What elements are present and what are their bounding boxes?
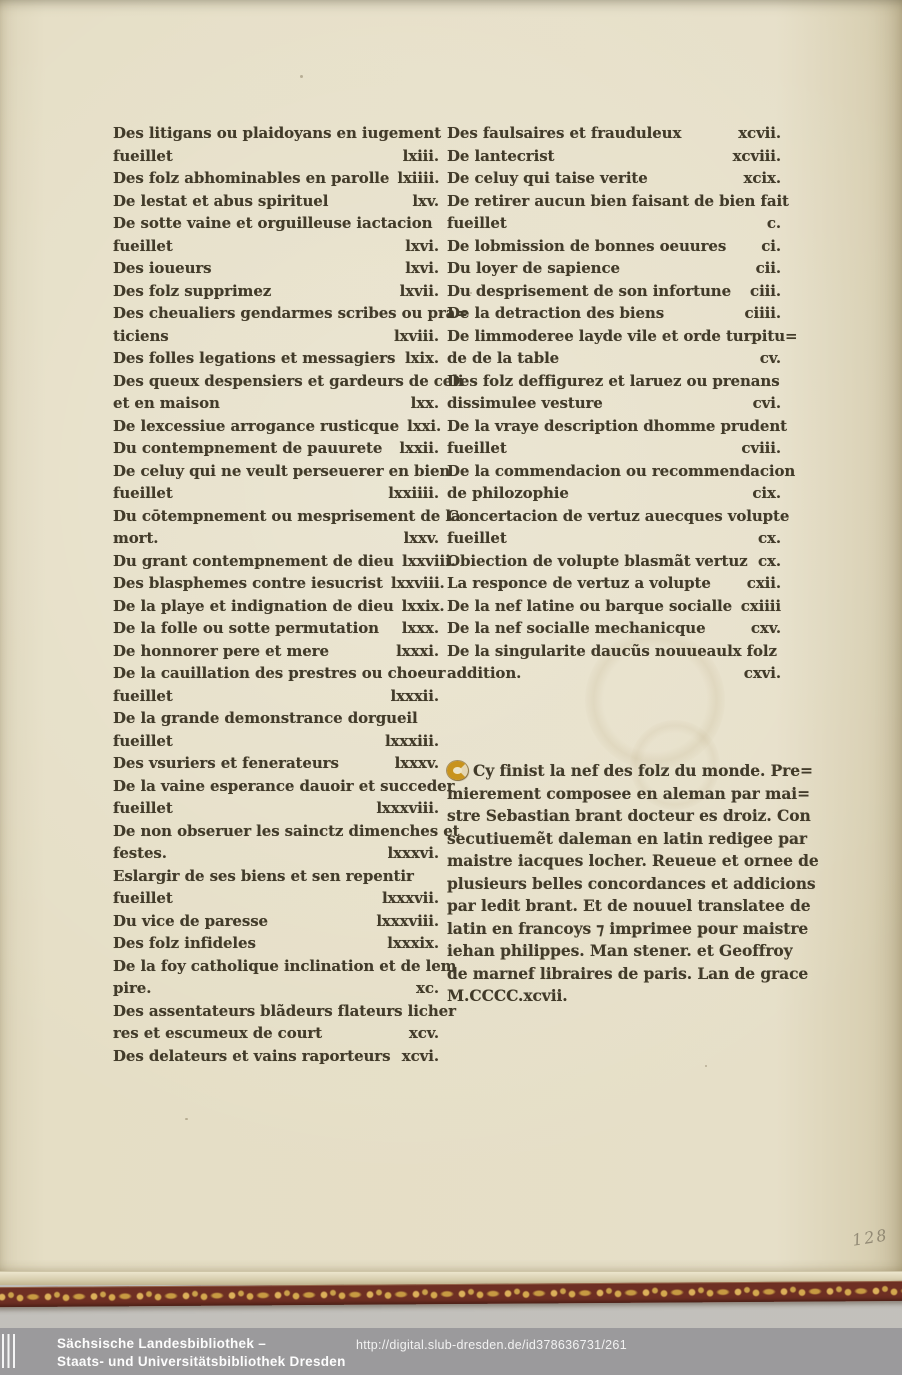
- toc-entry-text: Des folz supprimez: [113, 280, 271, 303]
- toc-entry-folio: lxv.: [412, 190, 439, 213]
- toc-entry-line: Du contempnement de pauuretelxxii.: [113, 437, 439, 460]
- toc-entry-line: De la playe et indignation de dieulxxix.: [113, 595, 439, 618]
- toc-entry-text: Des delateurs et vains raporteurs: [113, 1045, 390, 1068]
- toc-entry-text: fueillet: [447, 212, 507, 235]
- toc-entry-folio: lxvii.: [400, 280, 439, 303]
- toc-entry: La responce de vertuz a voluptecxii.: [447, 572, 781, 595]
- toc-entry-text: De non obseruer les sainctz dimenches et: [113, 820, 459, 843]
- toc-entry: Des folles legations et messagierslxix.: [113, 347, 439, 370]
- colophon-text: iehan philippes. Man stener. et Geoffroy: [447, 941, 793, 960]
- toc-entry: De lantecristxcviii.: [447, 145, 781, 168]
- toc-entry-line: Du vice de paresselxxxviii.: [113, 910, 439, 933]
- toc-entry-line: De lexcessiue arrogance rusticquelxxi.: [113, 415, 439, 438]
- toc-entry-folio: lxxix.: [402, 595, 445, 618]
- toc-entry: De celuy qui taise veritexcix.: [447, 167, 781, 190]
- toc-entry: De la commendacion ou recommendacionde p…: [447, 460, 781, 505]
- toc-entry-folio: lxvi.: [405, 257, 439, 280]
- toc-entry-text: De limmoderee layde vile et orde turpitu…: [447, 325, 798, 348]
- toc-entry-text: res et escumeux de court: [113, 1022, 322, 1045]
- toc-entry: De la nef latine ou barque sociallecxiii…: [447, 595, 781, 618]
- toc-entry-text: fueillet: [113, 730, 173, 753]
- parchment-speck: [705, 1065, 707, 1067]
- toc-entry-line: fueilletc.: [447, 212, 781, 235]
- toc-entry: Des queux despensiers et gardeurs de cel…: [113, 370, 439, 415]
- toc-entry-line: Des folz supprimezlxvii.: [113, 280, 439, 303]
- toc-entry-line: De non obseruer les sainctz dimenches et: [113, 820, 439, 843]
- toc-entry-text: Du cōtempnement ou mesprisement de la: [113, 505, 461, 528]
- toc-entry: De la folle ou sotte permutationlxxx.: [113, 617, 439, 640]
- toc-entry-folio: xcix.: [744, 167, 781, 190]
- toc-entry-folio: cvi.: [753, 392, 781, 415]
- toc-entry: Obiection de volupte blasmãt vertuzcx.: [447, 550, 781, 573]
- parchment-page: Des litigans ou plaidoyans en iugementfu…: [0, 0, 902, 1271]
- toc-entry-text: De la cauillation des prestres ou choeur: [113, 662, 445, 685]
- toc-entry: Des folz infideleslxxxix.: [113, 932, 439, 955]
- toc-entry-folio: lxiiii.: [397, 167, 439, 190]
- toc-entry-line: Du desprisement de son infortuneciii.: [447, 280, 781, 303]
- toc-entry: De limmoderee layde vile et orde turpitu…: [447, 325, 781, 370]
- toc-entry: De la vraye description dhomme prudentfu…: [447, 415, 781, 460]
- toc-entry-folio: lxxi.: [407, 415, 441, 438]
- toc-entry-text: Eslargir de ses biens et sen repentir: [113, 865, 414, 888]
- toc-entry: Des folz abhominables en parollelxiiii.: [113, 167, 439, 190]
- toc-entry-line: de philozophiecix.: [447, 482, 781, 505]
- toc-entry-folio: ciiii.: [744, 302, 781, 325]
- toc-entry-line: De la detraction des biensciiii.: [447, 302, 781, 325]
- colophon-line: secutiuemẽt daleman en latin redigee par: [447, 828, 783, 851]
- toc-entry-line: Concertacion de vertuz auecques volupte: [447, 505, 781, 528]
- toc-entry-line: De celuy qui ne veult perseuerer en bien: [113, 460, 439, 483]
- library-name-line1: Sächsische Landesbibliothek –: [57, 1335, 346, 1353]
- toc-entry: De la grande demonstrance dorgueilfueill…: [113, 707, 439, 752]
- toc-entry: Des folz supprimezlxvii.: [113, 280, 439, 303]
- toc-entry-folio: lxxviii.: [391, 572, 445, 595]
- toc-entry-text: fueillet: [113, 797, 173, 820]
- colophon-text: Cy finist la nef des folz du monde. Pre=: [473, 761, 813, 780]
- toc-entry-folio: lxiii.: [403, 145, 439, 168]
- toc-entry-text: Des folz infideles: [113, 932, 256, 955]
- toc-entry-text: Des folles legations et messagiers: [113, 347, 395, 370]
- toc-entry: Des litigans ou plaidoyans en iugementfu…: [113, 122, 439, 167]
- toc-entry-folio: lxviii.: [394, 325, 439, 348]
- toc-entry-line: De la vaine esperance dauoir et succeder: [113, 775, 439, 798]
- toc-entry-line: Des folz abhominables en parollelxiiii.: [113, 167, 439, 190]
- colophon-line: plusieurs belles concordances et addicio…: [447, 873, 783, 896]
- toc-entry-text: festes.: [113, 842, 167, 865]
- toc-right-column: Des faulsaires et frauduleuxxcvii.De lan…: [447, 122, 781, 685]
- toc-entry-folio: cix.: [752, 482, 781, 505]
- toc-entry-line: De la nef latine ou barque sociallecxiii…: [447, 595, 781, 618]
- toc-entry-text: La responce de vertuz a volupte: [447, 572, 711, 595]
- toc-entry-text: ticiens: [113, 325, 169, 348]
- toc-entry: De la vaine esperance dauoir et succeder…: [113, 775, 439, 820]
- toc-entry-text: Du grant contempnement de dieu: [113, 550, 394, 573]
- toc-entry-line: De celuy qui taise veritexcix.: [447, 167, 781, 190]
- toc-entry-text: fueillet: [113, 887, 173, 910]
- colophon-line: Cy finist la nef des folz du monde. Pre=: [447, 760, 783, 783]
- toc-entry-folio: cx.: [758, 527, 781, 550]
- toc-entry: De la nef socialle mechanicquecxv.: [447, 617, 781, 640]
- toc-entry: Des folz deffigurez et laruez ou prenans…: [447, 370, 781, 415]
- toc-entry: Des delateurs et vains raporteursxcvi.: [113, 1045, 439, 1068]
- toc-entry-line: De la foy catholique inclination et de l…: [113, 955, 439, 978]
- colophon-text: M.CCCC.xcvii.: [447, 986, 568, 1005]
- toc-entry-folio: xcv.: [409, 1022, 439, 1045]
- colophon-text: maistre iacques locher. Reueue et ornee …: [447, 851, 819, 870]
- toc-entry-line: fueilletlxxxiii.: [113, 730, 439, 753]
- toc-entry-text: De lexcessiue arrogance rusticque: [113, 415, 399, 438]
- toc-entry-folio: cxii.: [747, 572, 781, 595]
- toc-entry-text: mort.: [113, 527, 158, 550]
- toc-entry-folio: xc.: [416, 977, 439, 1000]
- toc-entry: Du desprisement de son infortuneciii.: [447, 280, 781, 303]
- toc-entry-text: De la folle ou sotte permutation: [113, 617, 379, 640]
- toc-entry-folio: xcviii.: [733, 145, 781, 168]
- toc-entry-text: De la detraction des biens: [447, 302, 664, 325]
- toc-entry-line: Eslargir de ses biens et sen repentir: [113, 865, 439, 888]
- colophon-line: mierement composee en aleman par mai=: [447, 783, 783, 806]
- toc-entry-text: fueillet: [447, 437, 507, 460]
- slub-logo-icon: [2, 1334, 17, 1368]
- colophon-line: iehan philippes. Man stener. et Geoffroy: [447, 940, 783, 963]
- toc-entry-line: festes.lxxxvi.: [113, 842, 439, 865]
- toc-entry: Du cōtempnement ou mesprisement de lamor…: [113, 505, 439, 550]
- toc-entry-line: Des delateurs et vains raporteursxcvi.: [113, 1045, 439, 1068]
- toc-entry-line: fueilletcviii.: [447, 437, 781, 460]
- toc-entry-line: Des faulsaires et frauduleuxxcvii.: [447, 122, 781, 145]
- toc-entry-folio: xcvii.: [738, 122, 781, 145]
- toc-entry-line: et en maisonlxx.: [113, 392, 439, 415]
- toc-entry-line: fueilletlxvi.: [113, 235, 439, 258]
- toc-entry-folio: lxxxviii.: [376, 797, 439, 820]
- toc-entry: Du grant contempnement de dieulxxviii.: [113, 550, 439, 573]
- toc-entry-text: Des faulsaires et frauduleux: [447, 122, 681, 145]
- toc-entry-text: fueillet: [113, 685, 173, 708]
- toc-entry-text: Des ioueurs: [113, 257, 212, 280]
- toc-entry-folio: cxv.: [751, 617, 781, 640]
- toc-entry: Concertacion de vertuz auecques voluptef…: [447, 505, 781, 550]
- toc-entry-folio: lxxv.: [403, 527, 439, 550]
- toc-entry-line: De la cauillation des prestres ou choeur: [113, 662, 439, 685]
- toc-entry-folio: cxiiii: [741, 595, 781, 618]
- colophon-text: mierement composee en aleman par mai=: [447, 784, 810, 803]
- toc-entry-text: Du desprisement de son infortune: [447, 280, 731, 303]
- toc-entry-text: et en maison: [113, 392, 220, 415]
- toc-entry-line: De retirer aucun bien faisant de bien fa…: [447, 190, 781, 213]
- toc-entry-text: Des queux despensiers et gardeurs de cel…: [113, 370, 463, 393]
- document-url: http://digital.slub-dresden.de/id3786367…: [356, 1338, 627, 1352]
- toc-entry-line: Des folz deffigurez et laruez ou prenans: [447, 370, 781, 393]
- colophon-text: stre Sebastian brant docteur es droiz. C…: [447, 806, 811, 825]
- toc-entry-folio: cviii.: [741, 437, 781, 460]
- toc-entry-text: fueillet: [113, 145, 173, 168]
- toc-entry-folio: lxxxvii.: [382, 887, 439, 910]
- toc-entry-text: De celuy qui ne veult perseuerer en bien: [113, 460, 450, 483]
- toc-entry-text: dissimulee vesture: [447, 392, 603, 415]
- toc-entry: De la playe et indignation de dieulxxix.: [113, 595, 439, 618]
- toc-entry-folio: c.: [767, 212, 781, 235]
- toc-entry-line: Des blasphemes contre iesucristlxxviii.: [113, 572, 439, 595]
- toc-entry-folio: lxix.: [405, 347, 439, 370]
- toc-entry-folio: cxvi.: [744, 662, 781, 685]
- parchment-speck: [300, 75, 303, 78]
- toc-entry-folio: cv.: [760, 347, 781, 370]
- toc-entry-text: Des cheualiers gendarmes scribes ou pra=: [113, 302, 468, 325]
- toc-entry-text: De la singularite daucũs nouueaulx folz: [447, 640, 777, 663]
- toc-entry-folio: lxxxi.: [396, 640, 439, 663]
- toc-entry-text: de philozophie: [447, 482, 569, 505]
- parchment-speck: [185, 1118, 188, 1120]
- toc-entry-folio: lxxiiii.: [388, 482, 439, 505]
- toc-entry: De sotte vaine et orguilleuse iactacionf…: [113, 212, 439, 257]
- toc-entry-folio: ciii.: [750, 280, 781, 303]
- toc-entry-text: De la nef socialle mechanicque: [447, 617, 706, 640]
- toc-entry-line: Des folles legations et messagierslxix.: [113, 347, 439, 370]
- toc-entry: De la singularite daucũs nouueaulx folza…: [447, 640, 781, 685]
- toc-entry-text: De la vraye description dhomme prudent: [447, 415, 787, 438]
- colophon-line: latin en francoys ⁊ imprimee pour maistr…: [447, 918, 783, 941]
- toc-entry-line: De lantecristxcviii.: [447, 145, 781, 168]
- toc-entry-line: ticienslxviii.: [113, 325, 439, 348]
- toc-entry-line: de de la tablecv.: [447, 347, 781, 370]
- toc-entry-text: De lobmission de bonnes oeuures: [447, 235, 726, 258]
- toc-entry-text: Des litigans ou plaidoyans en iugement: [113, 122, 441, 145]
- colophon-line: de marnef libraires de paris. Lan de gra…: [447, 963, 783, 986]
- toc-entry-line: mort.lxxv.: [113, 527, 439, 550]
- toc-entry-text: De la playe et indignation de dieu: [113, 595, 394, 618]
- toc-entry-text: Des blasphemes contre iesucrist: [113, 572, 383, 595]
- colophon: Cy finist la nef des folz du monde. Pre=…: [447, 760, 783, 1008]
- toc-entry-line: De sotte vaine et orguilleuse iactacion: [113, 212, 439, 235]
- toc-entry-folio: lxxxvi.: [388, 842, 439, 865]
- toc-entry-text: Du loyer de sapience: [447, 257, 620, 280]
- toc-entry-text: De la grande demonstrance dorgueil: [113, 707, 418, 730]
- toc-entry-text: Du contempnement de pauurete: [113, 437, 382, 460]
- toc-entry-line: Obiection de volupte blasmãt vertuzcx.: [447, 550, 781, 573]
- toc-entry-line: pire.xc.: [113, 977, 439, 1000]
- toc-entry-text: de de la table: [447, 347, 559, 370]
- toc-entry-line: fueilletlxxiiii.: [113, 482, 439, 505]
- toc-entry-text: fueillet: [447, 527, 507, 550]
- toc-entry-text: De la commendacion ou recommendacion: [447, 460, 795, 483]
- toc-entry-folio: ci.: [761, 235, 781, 258]
- toc-entry-line: addition.cxvi.: [447, 662, 781, 685]
- toc-entry-line: La responce de vertuz a voluptecxii.: [447, 572, 781, 595]
- toc-entry-text: Des assentateurs blãdeurs flateurs liche…: [113, 1000, 456, 1023]
- toc-entry: Des assentateurs blãdeurs flateurs liche…: [113, 1000, 439, 1045]
- toc-entry-line: fueilletlxxxii.: [113, 685, 439, 708]
- toc-entry: Du vice de paresselxxxviii.: [113, 910, 439, 933]
- toc-entry-line: De limmoderee layde vile et orde turpitu…: [447, 325, 781, 348]
- colophon-text: latin en francoys ⁊ imprimee pour maistr…: [447, 919, 808, 938]
- toc-entry-line: De honnorer pere et merelxxxi.: [113, 640, 439, 663]
- toc-entry-text: De celuy qui taise verite: [447, 167, 648, 190]
- toc-entry: De celuy qui ne veult perseuerer en bien…: [113, 460, 439, 505]
- toc-entry-folio: lxxii.: [399, 437, 439, 460]
- colophon-text: par ledit brant. Et de nouuel translatee…: [447, 896, 810, 915]
- colophon-line: stre Sebastian brant docteur es droiz. C…: [447, 805, 783, 828]
- toc-entry-line: res et escumeux de courtxcv.: [113, 1022, 439, 1045]
- toc-entry-line: De lobmission de bonnes oeuuresci.: [447, 235, 781, 258]
- toc-entry: De retirer aucun bien faisant de bien fa…: [447, 190, 781, 235]
- colophon-text: de marnef libraires de paris. Lan de gra…: [447, 964, 808, 983]
- toc-entry-line: De la folle ou sotte permutationlxxx.: [113, 617, 439, 640]
- toc-entry-line: Des ioueurslxvi.: [113, 257, 439, 280]
- toc-entry-line: Des folz infideleslxxxix.: [113, 932, 439, 955]
- toc-entry-line: Des vsuriers et fenerateurslxxxv.: [113, 752, 439, 775]
- toc-entry-text: De honnorer pere et mere: [113, 640, 329, 663]
- toc-entry-line: Du grant contempnement de dieulxxviii.: [113, 550, 439, 573]
- colophon-text: plusieurs belles concordances et addicio…: [447, 874, 816, 893]
- toc-entry-folio: lxx.: [411, 392, 439, 415]
- toc-entry-text: Des vsuriers et fenerateurs: [113, 752, 339, 775]
- toc-entry-text: De retirer aucun bien faisant de bien fa…: [447, 190, 789, 213]
- library-name-line2: Staats- und Universitätsbibliothek Dresd…: [57, 1353, 346, 1371]
- toc-entry: Des vsuriers et fenerateurslxxxv.: [113, 752, 439, 775]
- toc-entry-line: fueilletlxiii.: [113, 145, 439, 168]
- toc-entry-folio: lxxxviii.: [376, 910, 439, 933]
- illuminated-paragraph-mark-icon: [447, 761, 468, 780]
- toc-entry: Eslargir de ses biens et sen repentirfue…: [113, 865, 439, 910]
- toc-entry-text: Obiection de volupte blasmãt vertuz: [447, 550, 748, 573]
- toc-entry-line: fueilletlxxxviii.: [113, 797, 439, 820]
- toc-entry-text: Des folz deffigurez et laruez ou prenans: [447, 370, 780, 393]
- toc-entry-folio: lxxxv.: [395, 752, 439, 775]
- toc-entry-line: Du cōtempnement ou mesprisement de la: [113, 505, 439, 528]
- library-name: Sächsische Landesbibliothek – Staats- un…: [57, 1335, 346, 1370]
- toc-entry-line: Des cheualiers gendarmes scribes ou pra=: [113, 302, 439, 325]
- toc-entry-text: De la vaine esperance dauoir et succeder: [113, 775, 454, 798]
- toc-entry: Des blasphemes contre iesucristlxxviii.: [113, 572, 439, 595]
- toc-entry: Du loyer de sapiencecii.: [447, 257, 781, 280]
- toc-entry-text: fueillet: [113, 235, 173, 258]
- toc-entry-text: De la nef latine ou barque socialle: [447, 595, 732, 618]
- toc-entry-line: De la vraye description dhomme prudent: [447, 415, 781, 438]
- toc-entry-text: Concertacion de vertuz auecques volupte: [447, 505, 789, 528]
- viewer-footer: Sächsische Landesbibliothek – Staats- un…: [0, 1328, 902, 1375]
- toc-entry: De la cauillation des prestres ou choeur…: [113, 662, 439, 707]
- toc-entry-line: De la grande demonstrance dorgueil: [113, 707, 439, 730]
- colophon-line: maistre iacques locher. Reueue et ornee …: [447, 850, 783, 873]
- toc-entry-line: fueilletlxxxvii.: [113, 887, 439, 910]
- toc-entry-text: Du vice de paresse: [113, 910, 268, 933]
- colophon-text: secutiuemẽt daleman en latin redigee par: [447, 829, 807, 848]
- toc-entry: Des ioueurslxvi.: [113, 257, 439, 280]
- toc-entry-line: De la commendacion ou recommendacion: [447, 460, 781, 483]
- toc-entry: De la detraction des biensciiii.: [447, 302, 781, 325]
- toc-entry-line: De la singularite daucũs nouueaulx folz: [447, 640, 781, 663]
- toc-entry-text: De sotte vaine et orguilleuse iactacion: [113, 212, 432, 235]
- toc-entry-line: Des assentateurs blãdeurs flateurs liche…: [113, 1000, 439, 1023]
- toc-entry-text: addition.: [447, 662, 521, 685]
- toc-entry-text: fueillet: [113, 482, 173, 505]
- toc-entry-line: Du loyer de sapiencecii.: [447, 257, 781, 280]
- toc-entry: Des faulsaires et frauduleuxxcvii.: [447, 122, 781, 145]
- toc-entry: De lobmission de bonnes oeuuresci.: [447, 235, 781, 258]
- pencil-folio-number: 128: [851, 1225, 890, 1249]
- toc-entry-folio: lxxxix.: [387, 932, 439, 955]
- toc-entry-folio: cii.: [756, 257, 781, 280]
- toc-entry-folio: cx.: [758, 550, 781, 573]
- toc-entry-folio: lxxxii.: [391, 685, 439, 708]
- toc-entry: De la foy catholique inclination et de l…: [113, 955, 439, 1000]
- toc-entry-line: dissimulee vesturecvi.: [447, 392, 781, 415]
- toc-entry-text: Des folz abhominables en parolle: [113, 167, 389, 190]
- toc-entry-line: fueilletcx.: [447, 527, 781, 550]
- toc-entry: Des cheualiers gendarmes scribes ou pra=…: [113, 302, 439, 347]
- toc-entry-text: De la foy catholique inclination et de l…: [113, 955, 456, 978]
- colophon-line: M.CCCC.xcvii.: [447, 985, 783, 1008]
- toc-entry-text: De lestat et abus spirituel: [113, 190, 328, 213]
- toc-left-column: Des litigans ou plaidoyans en iugementfu…: [113, 122, 439, 1067]
- toc-entry-line: Des litigans ou plaidoyans en iugement: [113, 122, 439, 145]
- toc-entry: De non obseruer les sainctz dimenches et…: [113, 820, 439, 865]
- toc-entry-line: Des queux despensiers et gardeurs de cel…: [113, 370, 439, 393]
- toc-entry-folio: lxxx.: [402, 617, 439, 640]
- toc-entry: De lestat et abus spirituellxv.: [113, 190, 439, 213]
- toc-entry-text: De lantecrist: [447, 145, 554, 168]
- toc-entry-folio: xcvi.: [402, 1045, 439, 1068]
- toc-entry-folio: lxxxiii.: [385, 730, 439, 753]
- toc-entry: Du contempnement de pauuretelxxii.: [113, 437, 439, 460]
- toc-entry-line: De la nef socialle mechanicquecxv.: [447, 617, 781, 640]
- colophon-line: par ledit brant. Et de nouuel translatee…: [447, 895, 783, 918]
- toc-entry: De honnorer pere et merelxxxi.: [113, 640, 439, 663]
- toc-entry-folio: lxvi.: [405, 235, 439, 258]
- toc-entry-line: De lestat et abus spirituellxv.: [113, 190, 439, 213]
- toc-entry-text: pire.: [113, 977, 151, 1000]
- toc-entry: De lexcessiue arrogance rusticquelxxi.: [113, 415, 439, 438]
